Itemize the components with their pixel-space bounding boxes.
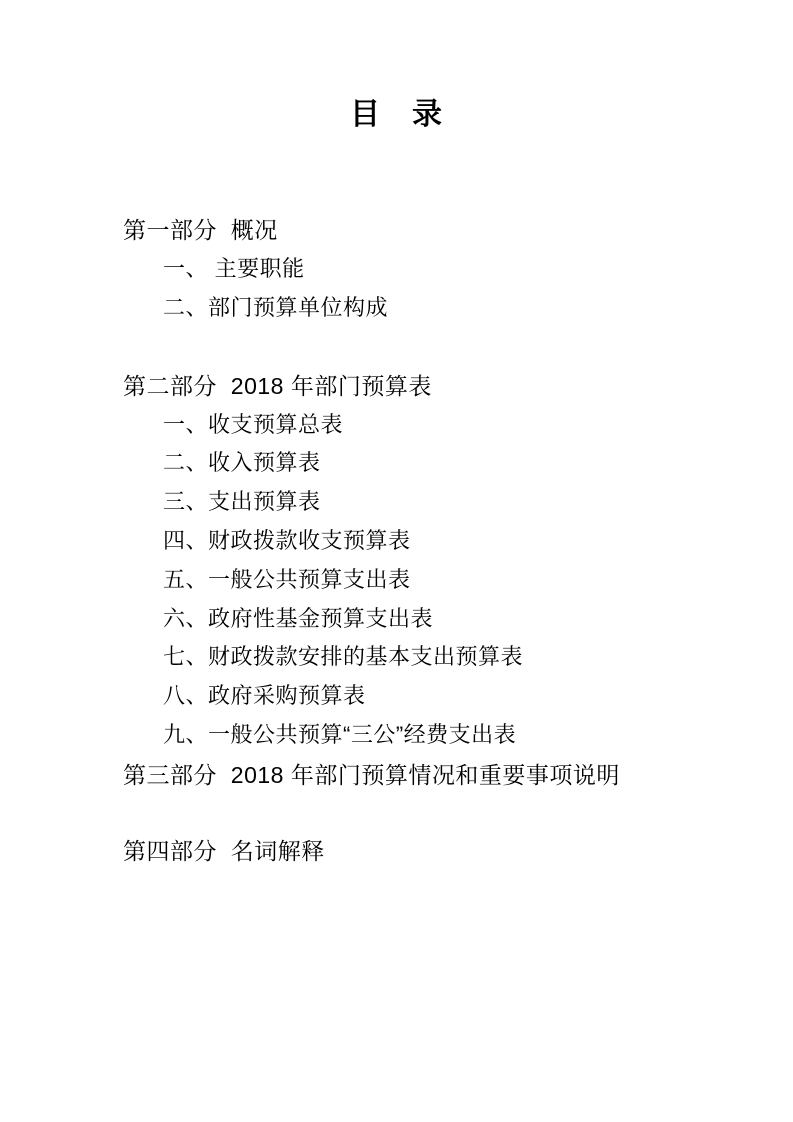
section-glossary: 第四部分 名词解释	[123, 831, 743, 871]
toc-item-part2-6: 六、政府性基金预算支出表	[123, 600, 743, 639]
page-title: 目 录	[0, 0, 793, 136]
section-heading-part2: 第二部分 2018 年部门预算表	[123, 366, 743, 406]
toc-item-part2-3: 三、支出预算表	[123, 483, 743, 522]
toc-item-part1-1: 一、 主要职能	[123, 250, 743, 289]
section-overview: 第一部分 概况 一、 主要职能 二、部门预算单位构成	[123, 210, 743, 328]
section-heading-part3: 第三部分 2018 年部门预算情况和重要事项说明	[123, 755, 743, 795]
toc-item-part2-4: 四、财政拨款收支预算表	[123, 522, 743, 561]
document-page: 目 录 第一部分 概况 一、 主要职能 二、部门预算单位构成 第二部分 2018…	[0, 0, 793, 1122]
toc-item-part2-9: 九、一般公共预算“三公”经费支出表	[123, 716, 743, 755]
section-budget-tables: 第二部分 2018 年部门预算表 一、收支预算总表 二、收入预算表 三、支出预算…	[123, 366, 743, 755]
toc-item-part2-2: 二、收入预算表	[123, 444, 743, 483]
toc-content: 第一部分 概况 一、 主要职能 二、部门预算单位构成 第二部分 2018 年部门…	[123, 210, 743, 871]
section-heading-part1: 第一部分 概况	[123, 210, 743, 250]
section-budget-notes: 第三部分 2018 年部门预算情况和重要事项说明	[123, 755, 743, 795]
toc-item-part2-7: 七、财政拨款安排的基本支出预算表	[123, 638, 743, 677]
toc-item-part2-1: 一、收支预算总表	[123, 406, 743, 445]
toc-item-part1-2: 二、部门预算单位构成	[123, 289, 743, 328]
toc-item-part2-8: 八、政府采购预算表	[123, 677, 743, 716]
toc-item-part2-5: 五、一般公共预算支出表	[123, 561, 743, 600]
section-heading-part4: 第四部分 名词解释	[123, 831, 743, 871]
